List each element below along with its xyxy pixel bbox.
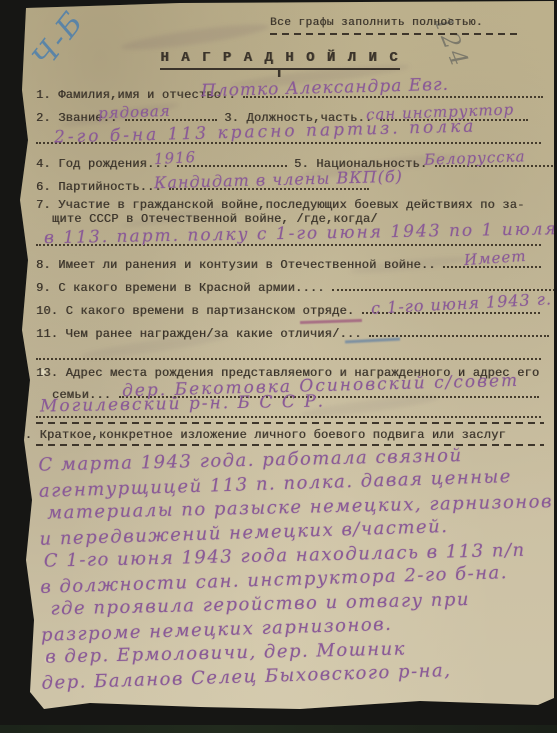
field-number: 4. xyxy=(36,157,51,171)
instruction-underline xyxy=(270,33,522,35)
field-feat-description-row: 14. Краткое,конкретное изложение личного… xyxy=(10,428,546,442)
field-number: 13. xyxy=(36,366,58,380)
field-number: 7. xyxy=(36,198,51,212)
blue-pencil-mark: Ч-Б xyxy=(26,5,91,75)
field-label: Участие в гражданской войне,последующих … xyxy=(58,198,524,212)
field-party-row: 6. Партийность... Кандидат в члены ВКП(б… xyxy=(36,178,546,194)
document-scan: Ч-Б 124 Все графы заполнить полностью. Н… xyxy=(0,0,557,733)
field-surname-row: 1. Фамилия,имя и отчество.. Плотко Алекс… xyxy=(36,86,546,102)
field-war-participation-row: 7. Участие в гражданской войне,последующ… xyxy=(36,199,546,212)
dotted-leader xyxy=(369,325,549,337)
field-label: Имеет ли ранения и контузии в Отечествен… xyxy=(58,258,435,272)
field-label: Партийность... xyxy=(58,180,162,194)
handwritten-narrative: С марта 1943 года. работала связной аген… xyxy=(38,445,541,692)
scan-edge-strip xyxy=(0,725,557,733)
document-page: Ч-Б 124 Все графы заполнить полностью. Н… xyxy=(0,0,557,733)
handwritten-rank: рядовая xyxy=(98,102,171,123)
field-number: 14. xyxy=(10,428,32,442)
field-number: 8. xyxy=(36,258,51,272)
field-label: Год рождения... xyxy=(58,157,169,171)
field-war-participation-answer-row: в 113. парт. полку с 1-го июня 1943 по 1… xyxy=(36,234,546,250)
field-address-row3: Могилевский р-н. Б С С Р. xyxy=(36,406,546,422)
dotted-leader xyxy=(36,348,541,360)
field-unit-row: 2-го б-на 113 красно партиз. полка xyxy=(36,132,546,148)
field-number: 11. xyxy=(36,327,58,341)
dotted-leader xyxy=(332,279,557,291)
field-previous-awards-row: 11. Чем ранее награжден/за какие отличия… xyxy=(36,325,546,341)
field-partisan-since-row: 10. С какого времени в партизанском отря… xyxy=(36,302,546,318)
red-dash-mark xyxy=(300,319,362,324)
empty-dotted-row xyxy=(36,348,546,364)
field-number: 6. xyxy=(36,180,51,194)
field-number: 2. xyxy=(36,111,51,125)
section-separator xyxy=(36,422,544,424)
field-birthyear-nationality-row: 4. Год рождения... 5. Национальность. 19… xyxy=(36,155,546,171)
field-number: 9. xyxy=(36,281,51,295)
title-underline xyxy=(160,68,400,70)
field-number: 1. xyxy=(36,88,51,102)
field-label: Чем ранее награжден/за какие отличия/... xyxy=(66,327,362,341)
field-label: С какого времени в партизанском отряде. xyxy=(66,304,355,318)
fill-all-fields-instruction: Все графы заполнить полностью. xyxy=(270,17,530,29)
field-wounds-row: 8. Имеет ли ранения и контузии в Отечест… xyxy=(36,256,546,272)
instruction-text: Все графы заполнить полностью. xyxy=(270,17,483,29)
field-label: С какого времени в Красной армии.... xyxy=(58,281,324,295)
field-label: Краткое,конкретное изложение личного бое… xyxy=(40,428,506,442)
field-number: 10. xyxy=(36,304,58,318)
handwritten-nationality: Белорусска xyxy=(424,147,526,169)
handwritten-birth-year: 1916 xyxy=(154,148,197,168)
